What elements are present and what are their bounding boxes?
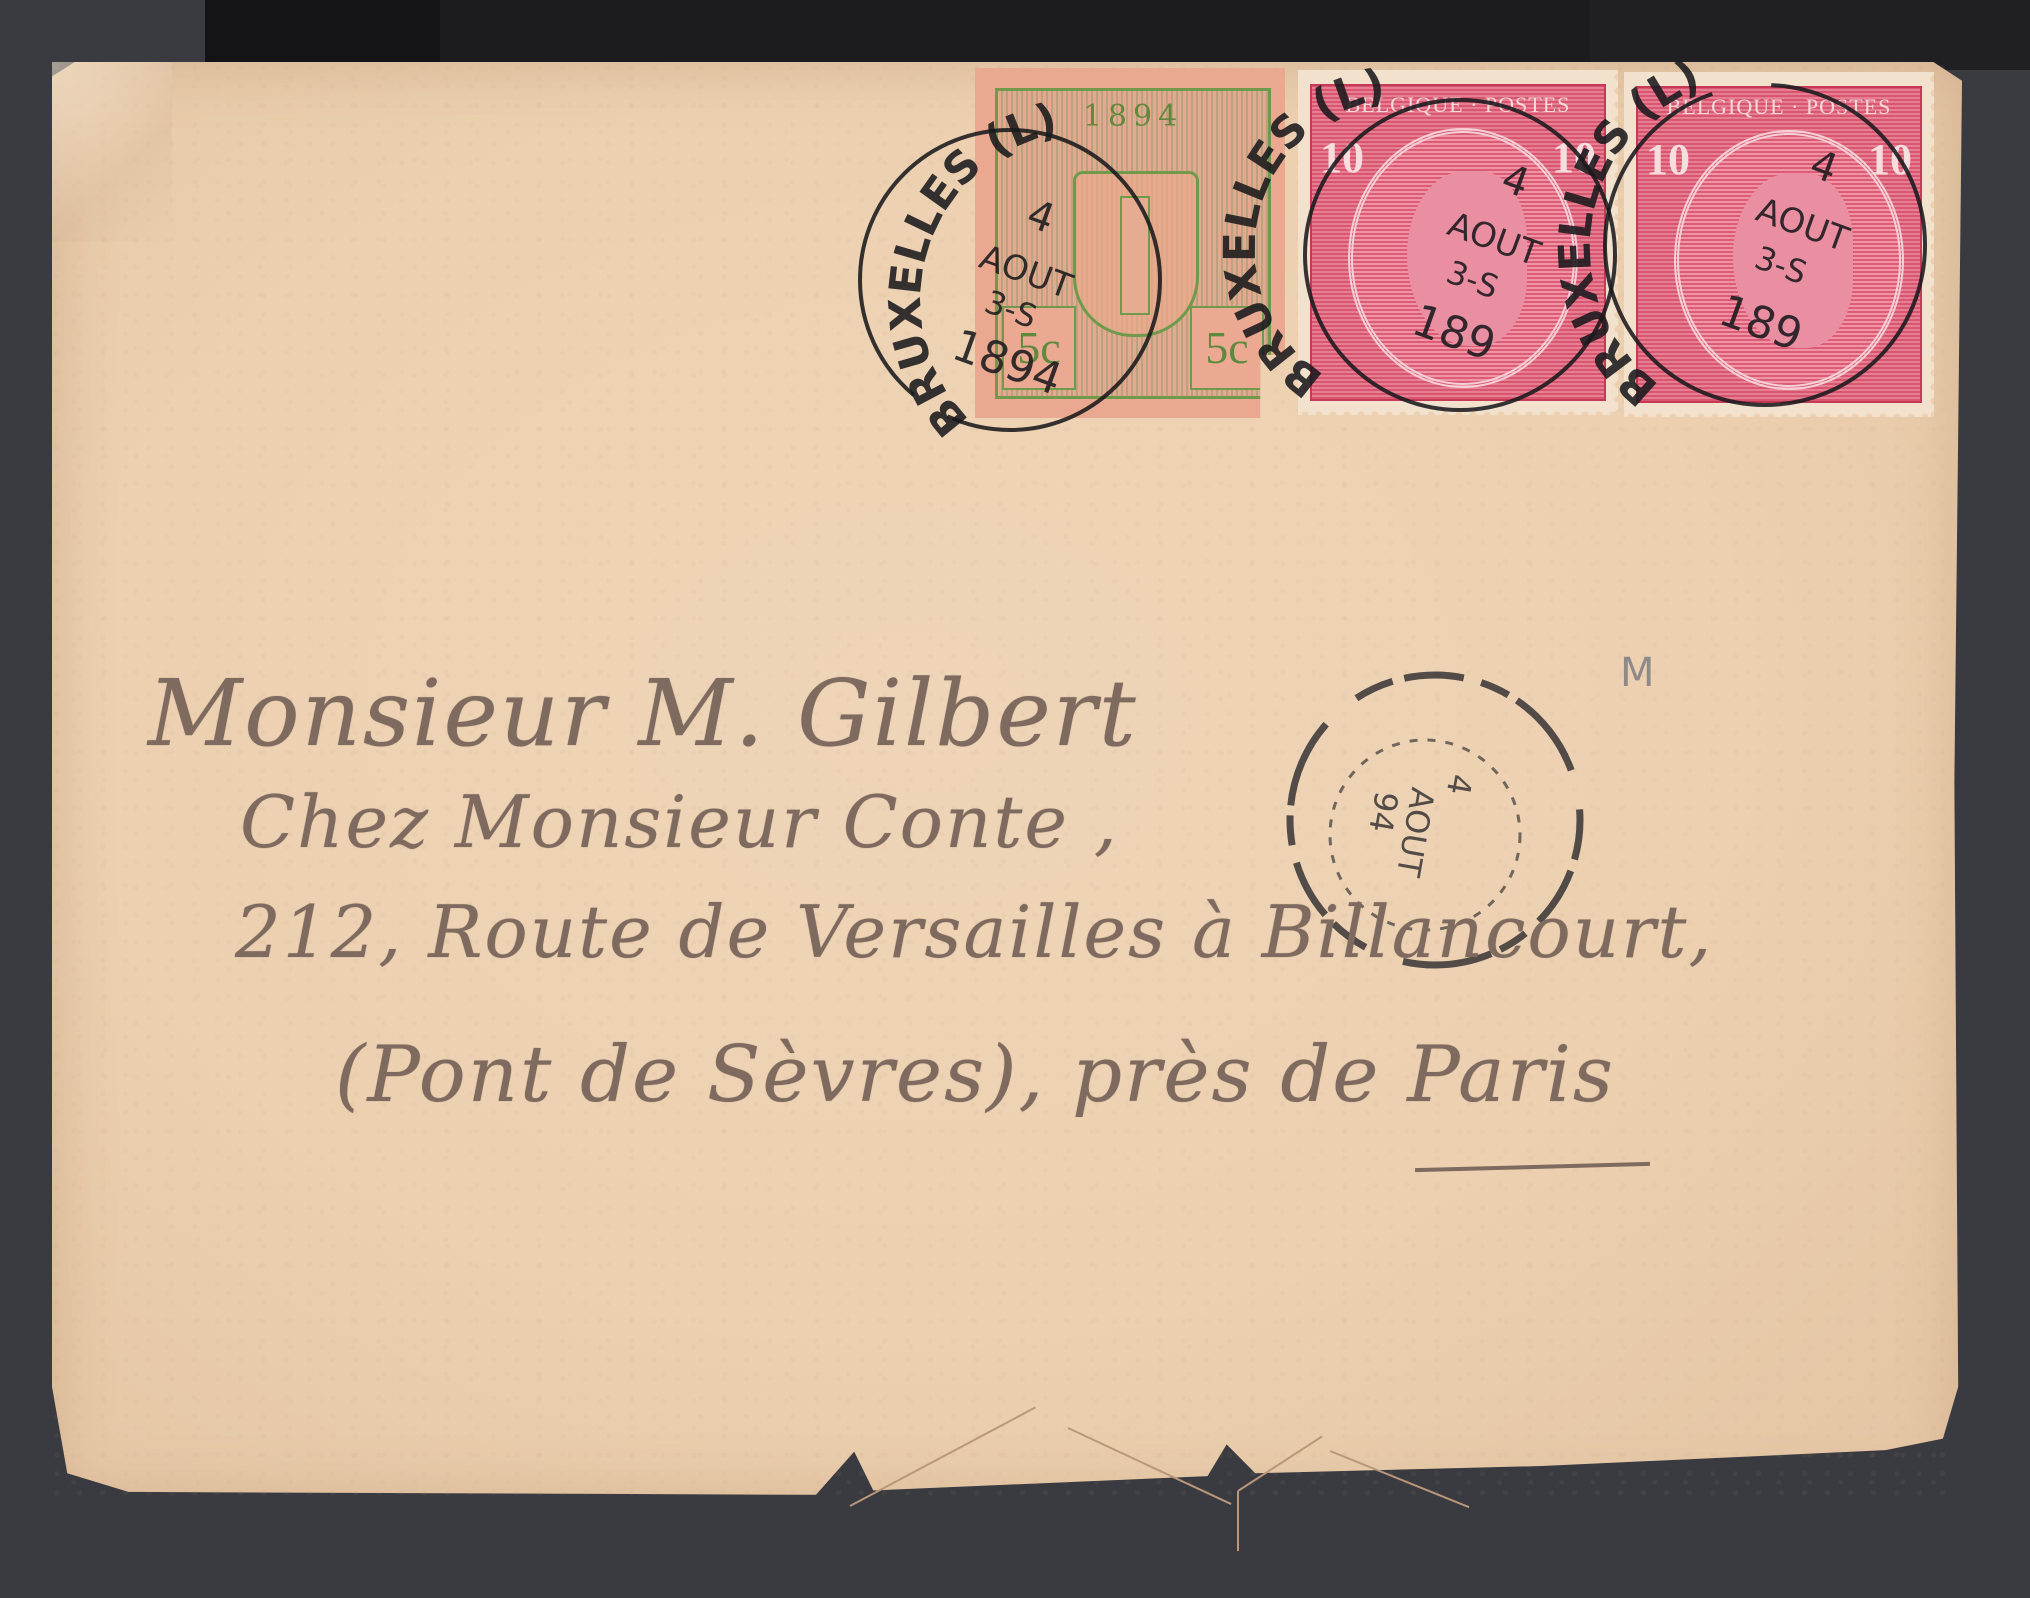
- pencil-note: M: [1620, 650, 1655, 696]
- postmark-ring-text: BRUXELLES (L): [1215, 60, 1389, 408]
- postmark-day: 4: [1439, 771, 1480, 798]
- address-line-care-of: Chez Monsieur Conte ,: [240, 780, 1119, 864]
- postmark-day: 4: [1804, 141, 1844, 193]
- address-line-city: (Pont de Sèvres), près de Paris: [335, 1030, 1615, 1120]
- postmark-bruxelles-3: BRUXELLES (L) 4 AOUT 3-S 189: [1550, 50, 1925, 415]
- postmark-year: 189: [1406, 295, 1502, 372]
- postmark-day: 4: [1496, 155, 1536, 207]
- address-line-street: 212, Route de Versailles à Billancourt,: [235, 890, 1713, 974]
- postmark-year: 1894: [946, 320, 1069, 406]
- postmark-bruxelles-1: BRUXELLES (L) 4 AOUT 3-S 1894: [860, 94, 1160, 446]
- postmark-year: 189: [1713, 285, 1809, 362]
- svg-text:BRUXELLES (L): BRUXELLES (L): [1215, 60, 1389, 408]
- postmark-day: 4: [1021, 191, 1061, 243]
- postmark-year: 94: [1361, 789, 1405, 836]
- address-line-recipient: Monsieur M. Gilbert: [148, 660, 1138, 767]
